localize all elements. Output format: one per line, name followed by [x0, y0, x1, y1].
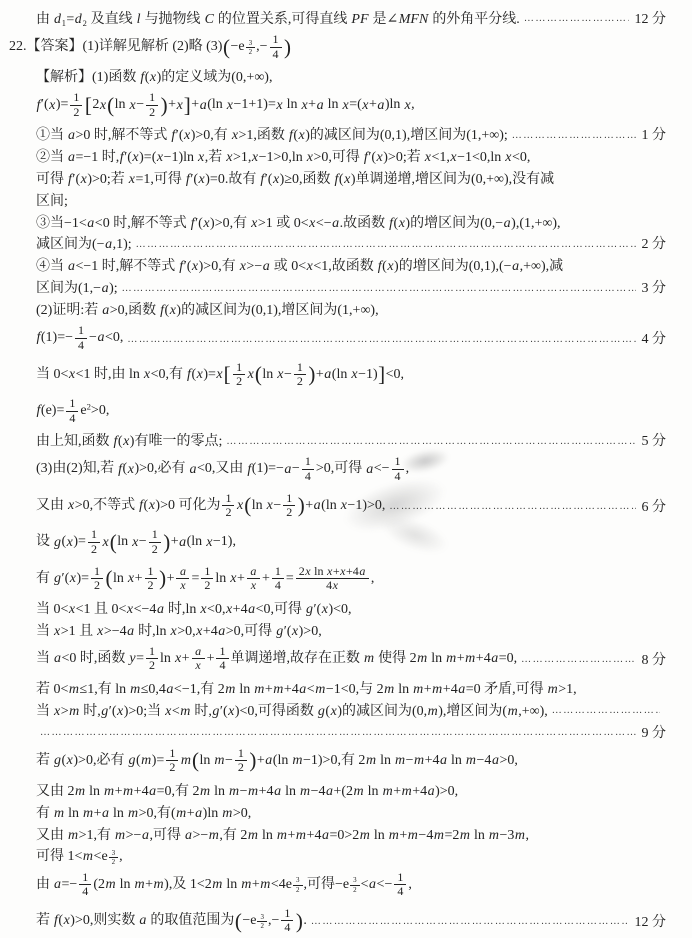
fraction: 14 [270, 33, 282, 61]
line-text: 【解析】(1)函数 f(x)的定义域为(0,+∞), [36, 66, 272, 86]
big-bracket: ) [249, 748, 256, 772]
line-text: ②当 a=−1 时,f′(x)=(x−1)ln x,若 x>1,x−1>0,ln… [36, 146, 530, 166]
solution-line: 若 g(x)>0,必有 g(m)=12m(ln m−12)+a(ln m−1)>… [36, 743, 666, 780]
fraction: ax [176, 565, 189, 593]
dot-leader: …………………………………………………………………………………………………………… [512, 130, 636, 141]
fraction: 32 [109, 849, 119, 866]
fraction: 32 [350, 876, 360, 893]
solution-line: f′(x)=12[2x(ln x−12)+x]+a(ln x−1+1)=x ln… [36, 87, 666, 124]
dot-leader: …………………………………………………………………………………………………………… [226, 436, 635, 447]
line-text: ③当−1<a<0 时,解不等式 f′(x)>0,有 x>1 或 0<x<−a.故… [36, 212, 561, 232]
fraction: 14 [392, 455, 404, 483]
line-text: 有 m ln m+a ln m>0,有(m+a)ln m>0, [36, 802, 251, 822]
solution-line: 区间; [36, 189, 666, 211]
solution-line: 22.【答案】(1)详解见解析 (2)略 (3)(−e32,−14) [9, 29, 666, 66]
fraction: 12 [283, 492, 295, 520]
document-page: 由 d₁=d₂ 及直线 l 与抛物线 C 的位置关系,可得直线 PF 是∠MFN… [0, 0, 692, 938]
line-text: 当 x>1 且 x>−4a 时,ln x>0,x+4a>0,可得 g′(x)>0… [36, 620, 322, 640]
solution-lines: 由 d₁=d₂ 及直线 l 与抛物线 C 的位置关系,可得直线 PF 是∠MFN… [36, 7, 666, 938]
fraction: 12 [149, 528, 161, 556]
solution-line: ③当−1<a<0 时,解不等式 f′(x)>0,有 x>1 或 0<x<−a.故… [36, 211, 666, 233]
solution-line: 若 0<m≤1,有 ln m≤0,4a<−1,有 2m ln m+m+4a<m−… [36, 677, 666, 699]
big-bracket: ) [161, 93, 168, 117]
solution-line: 由 d₁=d₂ 及直线 l 与抛物线 C 的位置关系,可得直线 PF 是∠MFN… [36, 7, 666, 29]
big-bracket: ( [106, 566, 113, 590]
line-text: 可得 1<m<e32, [36, 845, 123, 866]
fraction: 14 [216, 645, 228, 673]
solution-line: 由上知,函数 f(x)有唯一的零点;…………………………………………………………… [36, 429, 666, 451]
solution-line: 可得 1<m<e32, [36, 844, 666, 866]
solution-line: 有 g′(x)=12(ln x+12)+ax=12ln x+ax+14=2x l… [36, 561, 666, 598]
fraction: 12 [70, 91, 82, 119]
fraction: 12 [146, 645, 158, 673]
line-text: 有 g′(x)=12(ln x+12)+ax=12ln x+ax+14=2x l… [36, 565, 374, 593]
big-bracket: ( [110, 530, 117, 554]
line-text: 由 a=−14(2m ln m+m),及 1<2m ln m+m<4e32,可得… [36, 871, 412, 899]
line-text: 可得 f′(x)>0;若 x=1,可得 f′(x)=0.故有 f′(x)≥0,函… [36, 168, 554, 188]
big-bracket: ( [244, 493, 251, 517]
solution-line: 【解析】(1)函数 f(x)的定义域为(0,+∞), [36, 65, 666, 87]
line-text: 区间为(1,−a); [36, 277, 118, 297]
fraction: 12 [166, 747, 178, 775]
solution-line: 可得 f′(x)>0;若 x=1,可得 f′(x)=0.故有 f′(x)≥0,函… [36, 167, 666, 189]
score-label: 8 分 [642, 649, 667, 669]
line-text: 又由 2m ln m+m+4a=0,有 2m ln m−m+4a ln m−4a… [36, 780, 458, 800]
score-label: 1 分 [642, 124, 667, 144]
line-text: ④当 a<−1 时,解不等式 f′(x)>0,有 x>−a 或 0<x<1,故函… [36, 255, 563, 275]
big-bracket: ( [192, 748, 199, 772]
solution-line: 又由 2m ln m+m+4a=0,有 2m ln m−m+4a ln m−4a… [36, 779, 666, 801]
fraction: ax [192, 645, 205, 673]
line-text: 又由 m>1,有 m>−a,可得 a>−m,有 2m ln m+m+4a=0>2… [36, 824, 529, 844]
line-text: 当 0<x<1 时,由 ln x<0,有 f(x)=x[12x(ln x−12)… [36, 361, 404, 389]
fraction: 14 [281, 907, 293, 935]
solution-line: 减区间为(−a,1);……………………………………………………………………………… [36, 233, 666, 255]
dot-leader: …………………………………………………………………………………………………………… [40, 727, 636, 738]
dot-leader: …………………………………………………………………………………………………………… [127, 334, 635, 345]
fraction: 12 [294, 361, 306, 389]
line-text: 区间; [36, 190, 68, 210]
line-text: 设 g(x)=12x(ln x−12)+a(ln x−1), [36, 528, 236, 556]
fraction: 14 [79, 871, 91, 899]
score-label: 4 分 [642, 328, 667, 348]
big-bracket: ] [378, 362, 385, 386]
big-bracket: [ [224, 362, 231, 386]
big-bracket: ( [235, 909, 242, 933]
fraction: 32 [246, 39, 256, 56]
fraction: 14 [394, 871, 406, 899]
dot-leader: …………………………………………………………………………………………………………… [552, 705, 660, 716]
fraction: 12 [145, 565, 157, 593]
solution-line: 又由 x>0,不等式 f(x)>0 可化为12x(ln x−12)+a(ln x… [36, 488, 666, 525]
line-text: 若 0<m≤1,有 ln m≤0,4a<−1,有 2m ln m+m+4a<m−… [36, 678, 577, 698]
line-text: 又由 x>0,不等式 f(x)>0 可化为12x(ln x−12)+a(ln x… [36, 492, 385, 520]
fraction: 12 [235, 747, 247, 775]
solution-line: 当 x>1 且 x>−4a 时,ln x>0,x+4a>0,可得 g′(x)>0… [36, 619, 666, 641]
dot-leader: …………………………………………………………………………………………………………… [122, 283, 636, 294]
big-bracket: ) [163, 530, 170, 554]
score-label: 3 分 [642, 277, 667, 297]
solution-line: ①当 a>0 时,解不等式 f′(x)>0,有 x>1,函数 f(x)的减区间为… [36, 124, 666, 146]
dot-leader: …………………………………………………………………………………………………………… [136, 239, 636, 250]
big-bracket: [ [85, 93, 92, 117]
solution-line: 由 a=−14(2m ln m+m),及 1<2m ln m+m<4e32,可得… [36, 866, 666, 903]
fraction: 14 [66, 397, 78, 425]
big-bracket: ) [296, 909, 303, 933]
line-text: 由 d₁=d₂ 及直线 l 与抛物线 C 的位置关系,可得直线 PF 是∠MFN… [36, 8, 520, 28]
fraction: 14 [75, 324, 87, 352]
score-label: 9 分 [642, 722, 667, 742]
big-bracket: ) [284, 35, 291, 59]
dot-leader: …………………………………………………………………………………………………………… [521, 654, 635, 665]
fraction: 14 [272, 565, 284, 593]
line-text: 减区间为(−a,1); [36, 233, 132, 253]
dot-leader: …………………………………………………………………………………………………………… [389, 501, 635, 512]
solution-line: 当 x>m 时,g′(x)>0;当 x<m 时,g′(x)<0,可得函数 g(x… [36, 699, 666, 721]
score-label: 5 分 [642, 430, 667, 450]
solution-line: 当 0<x<1 时,由 ln x<0,有 f(x)=x[12x(ln x−12)… [36, 356, 666, 393]
big-bracket: ( [107, 93, 114, 117]
line-text: ①当 a>0 时,解不等式 f′(x)>0,有 x>1,函数 f(x)的减区间为… [36, 124, 508, 144]
line-text: (2)证明:若 a>0,函数 f(x)的减区间为(0,1),增区间为(1,+∞)… [36, 299, 379, 319]
solution-line: …………………………………………………………………………………………………………… [36, 721, 666, 743]
line-text: 当 a<0 时,函数 y=12ln x+ax+14单调递增,故存在正数 m 使得… [36, 645, 517, 673]
solution-line: 当 0<x<1 且 0<x<−4a 时,ln x<0,x+4a<0,可得 g′(… [36, 597, 666, 619]
dot-leader: …………………………………………………………………………………………………………… [524, 13, 629, 24]
score-label: 6 分 [642, 496, 667, 516]
score-label: 12 分 [635, 911, 667, 931]
line-text: f(e)=14e2>0, [36, 397, 109, 425]
line-text: 若 f(x)>0,则实数 a 的取值范围为(−e32,−14). [36, 907, 307, 935]
line-text: 当 x>m 时,g′(x)>0;当 x<m 时,g′(x)<0,可得函数 g(x… [36, 700, 548, 720]
fraction: 12 [201, 565, 213, 593]
big-bracket: ] [184, 93, 191, 117]
big-bracket: ( [223, 35, 230, 59]
line-text: f(1)=−14−a<0, [36, 324, 123, 352]
dot-leader: …………………………………………………………………………………………………………… [311, 916, 629, 927]
line-text: 22.【答案】(1)详解见解析 (2)略 (3)(−e32,−14) [9, 33, 292, 61]
big-bracket: ( [255, 362, 262, 386]
solution-line: f(e)=14e2>0, [36, 393, 666, 430]
fraction: 12 [222, 492, 234, 520]
solution-line: 有 m ln m+a ln m>0,有(m+a)ln m>0, [36, 801, 666, 823]
solution-line: 又由 m>1,有 m>−a,可得 a>−m,有 2m ln m+m+4a=0>2… [36, 823, 666, 845]
fraction: 2x ln x+x+4a4x [296, 565, 369, 593]
fraction: ax [247, 565, 260, 593]
solution-line: f(1)=−14−a<0,………………………………………………………………………… [36, 320, 666, 357]
big-bracket: ) [298, 493, 305, 517]
solution-line: (3)由(2)知,若 f(x)>0,必有 a<0,又由 f(1)=−a−14>0… [36, 451, 666, 488]
fraction: 12 [88, 528, 100, 556]
big-bracket: ) [159, 566, 166, 590]
score-label: 2 分 [642, 233, 667, 253]
fraction: 32 [257, 913, 267, 930]
solution-line: 当 a<0 时,函数 y=12ln x+ax+14单调递增,故存在正数 m 使得… [36, 641, 666, 678]
solution-line: ④当 a<−1 时,解不等式 f′(x)>0,有 x>−a 或 0<x<1,故函… [36, 254, 666, 276]
fraction: 12 [91, 565, 103, 593]
line-text: f′(x)=12[2x(ln x−12)+x]+a(ln x−1+1)=x ln… [36, 91, 415, 119]
solution-line: 若 f(x)>0,则实数 a 的取值范围为(−e32,−14).……………………… [36, 903, 666, 938]
line-text: 若 g(x)>0,必有 g(m)=12m(ln m−12)+a(ln m−1)>… [36, 747, 518, 775]
fraction: 14 [302, 455, 314, 483]
line-text: (3)由(2)知,若 f(x)>0,必有 a<0,又由 f(1)=−a−14>0… [36, 455, 409, 483]
line-text: 由上知,函数 f(x)有唯一的零点; [36, 430, 222, 450]
solution-line: ②当 a=−1 时,f′(x)=(x−1)ln x,若 x>1,x−1>0,ln… [36, 145, 666, 167]
solution-line: (2)证明:若 a>0,函数 f(x)的减区间为(0,1),增区间为(1,+∞)… [36, 298, 666, 320]
fraction: 12 [146, 91, 158, 119]
score-label: 12 分 [635, 8, 667, 28]
line-text: 当 0<x<1 且 0<x<−4a 时,ln x<0,x+4a<0,可得 g′(… [36, 598, 352, 618]
big-bracket: ) [308, 362, 315, 386]
solution-line: 区间为(1,−a);………………………………………………………………………………… [36, 276, 666, 298]
solution-line: 设 g(x)=12x(ln x−12)+a(ln x−1), [36, 524, 666, 561]
fraction: 32 [293, 876, 303, 893]
fraction: 12 [233, 361, 245, 389]
